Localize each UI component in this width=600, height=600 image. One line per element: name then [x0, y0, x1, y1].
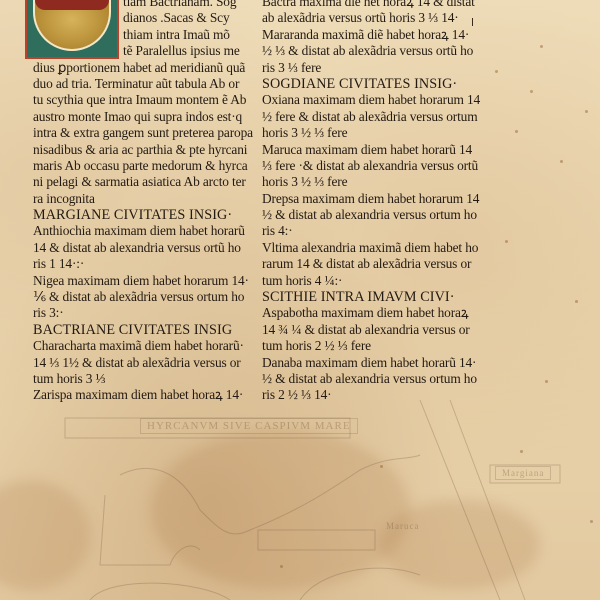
text-line: ris 2 ½ ⅓ 14· [262, 387, 477, 403]
section-heading: SOGDIANE CIVITATES INSIG· [262, 76, 477, 92]
text-line: ra incognita [33, 191, 248, 207]
text-line: rarum 14 & distat ab alexãdria versus or [262, 256, 477, 272]
text-line: tum horis 4 ¼:· [262, 273, 477, 289]
text-line: ⅓ fere ·& distat ab alexandria versus or… [262, 158, 477, 174]
text-line: Characharta maximã diem habet horarũ· [33, 338, 248, 354]
section-heading: MARGIANE CIVITATES INSIG· [33, 207, 248, 223]
map-label: HYRCANVM SIVE CASPIVM MARE [140, 418, 358, 434]
text-line: dius ꝑportionem habet ad meridianũ quã [33, 60, 248, 76]
text-line: tum horis 2 ½ ⅓ fere [262, 338, 477, 354]
foxing-speck [540, 45, 543, 48]
text-line: ⅙ & distat ab alexãdria versus ortum ho [33, 289, 248, 305]
foxing-speck [505, 240, 508, 243]
text-line: ½ ⅓ & distat ab alexãdria versus ortũ ho [262, 43, 477, 59]
foxing-speck [560, 160, 563, 163]
text-line: ris 3:· [33, 305, 248, 321]
text-line: ½ & distat ab alexandria versus ortum ho [262, 207, 477, 223]
text-line: austro monte Imao qui supra indos est·q [33, 109, 248, 125]
text-line: Anthiochia maximam diem habet horarũ [33, 223, 248, 239]
text-line: ½ & distat ab alexandria versus ortum ho [262, 371, 477, 387]
text-line: tẽ Paralellus ipsius me [33, 43, 248, 59]
text-line: Danaba maximam diem habet horarũ 14· [262, 355, 477, 371]
text-line: 14 ⅓ 1½ & distat ab alexãdria versus or [33, 355, 248, 371]
foxing-speck [545, 380, 548, 383]
foxing-speck [515, 130, 518, 133]
text-line: Vltima alexandria maximã diem habet ho [262, 240, 477, 256]
text-line: Maruca maximam diem habet horarũ 14 [262, 142, 477, 158]
text-line: thiam intra Imaũ mõ [33, 27, 248, 43]
text-line: Zarispa maximam diem habet horaꝝ 14· [33, 387, 248, 403]
text-line: Mararanda maximã diẽ habet horaꝝ 14· [262, 27, 477, 43]
text-line: ½ fere & distat ab alexãdria versus ortu… [262, 109, 477, 125]
text-line: tum horis 3 ⅓ [33, 371, 248, 387]
map-label: Maruca [380, 520, 425, 532]
section-heading: BACTRIANE CIVITATES INSIG [33, 322, 248, 338]
text-line: nisadibus & aria ac parthia & pte hyrcan… [33, 142, 248, 158]
foxing-speck [575, 300, 578, 303]
text-line: ris 3 ⅓ fere [262, 60, 477, 76]
text-line: Aspabotha maximam diem habet horaꝝ [262, 305, 477, 321]
text-line: tu scythia que intra Imaum montem ẽ Ab [33, 92, 248, 108]
text-line: duo ad tria. Terminatur aũt tabula Ab or [33, 76, 248, 92]
text-line: intra & extra gangem sunt preterea parop… [33, 125, 248, 141]
text-line: Drepsa maximam diem habet horarum 14 [262, 191, 477, 207]
text-column-left: tiam Bactrianam. Sog dianos .Sacas & Scy… [33, 0, 248, 404]
text-line: Oxiana maximam diem habet horarum 14 [262, 92, 477, 108]
text-line: 14 & distat ab alexandria versus ortũ ho [33, 240, 248, 256]
text-line: maris Ab occasu parte medorum & hyrca [33, 158, 248, 174]
margin-mark [472, 18, 473, 26]
text-line: horis 3 ½ ⅓ fere [262, 125, 477, 141]
text-line: Nigea maximam diem habet horarum 14· [33, 273, 248, 289]
text-line: tiam Bactrianam. Sog [33, 0, 248, 10]
text-line: Bactra maxima die het horaꝝ 14 & distat [262, 0, 477, 10]
map-label: Margiana [495, 466, 551, 480]
text-line: ris 4:· [262, 223, 477, 239]
text-line: ab alexãdria versus ortũ horis 3 ⅓ 14· [262, 10, 477, 26]
section-heading: SCITHIE INTRA IMAVM CIVI· [262, 289, 477, 305]
map-showthrough: HYRCANVM SIVE CASPIVM MARE Margiana Maru… [0, 400, 600, 600]
foxing-speck [495, 70, 498, 73]
text-line: horis 3 ½ ⅓ fere [262, 174, 477, 190]
text-line: ni pelagi & sarmatia asiatica Ab arcto t… [33, 174, 248, 190]
foxing-speck [530, 90, 533, 93]
text-line: dianos .Sacas & Scy [33, 10, 248, 26]
text-line: 14 ¾ ¼ & distat ab alexandria versus or [262, 322, 477, 338]
text-column-right: Bactra maxima die het horaꝝ 14 & distat … [262, 0, 477, 404]
foxing-speck [585, 110, 588, 113]
text-line: ris 1 14·:· [33, 256, 248, 272]
